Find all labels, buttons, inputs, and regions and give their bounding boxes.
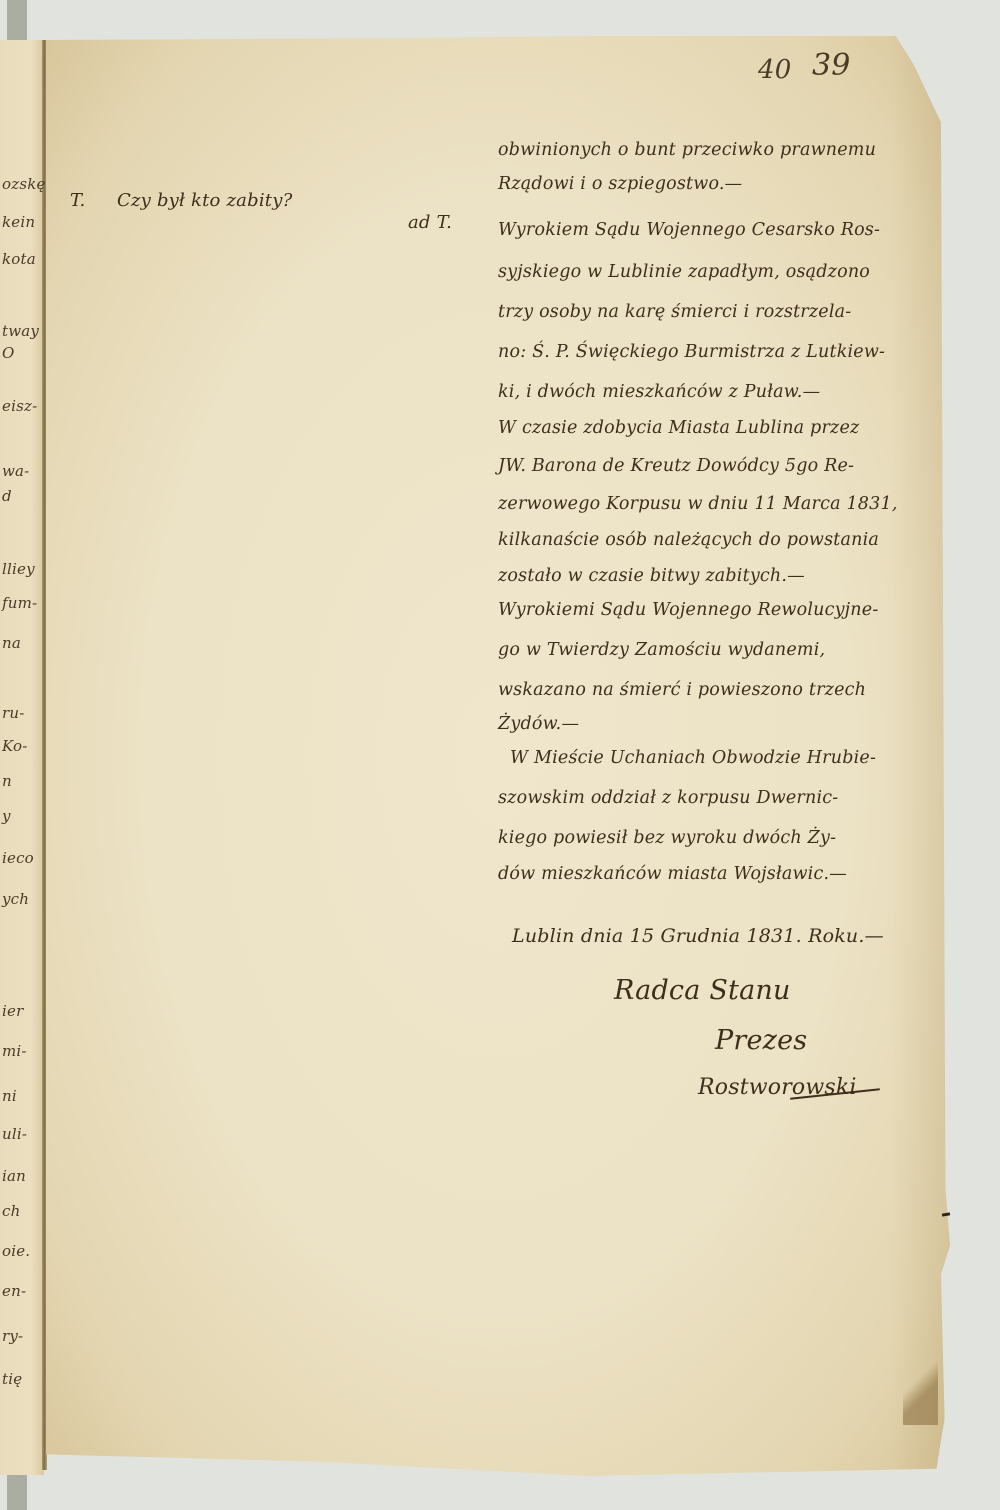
body-line: szowskim oddział z korpusu Dwernic-: [498, 788, 838, 808]
answer-marker: ad T.: [408, 212, 452, 233]
fragment: ru-: [2, 704, 25, 722]
fragment: fum-: [2, 594, 37, 612]
fragment: uli-: [2, 1125, 27, 1143]
binding-strip-top: [7, 0, 27, 45]
body-line: kilkanaście osób należących do powstania: [498, 530, 879, 550]
fragment: n: [2, 772, 12, 790]
fragment: Ko-: [2, 737, 28, 755]
fragment: tway: [2, 322, 39, 340]
fragment: ieco: [2, 849, 34, 867]
fragment: ozskę: [2, 175, 46, 193]
fragment: wa-: [2, 462, 29, 480]
body-line: Żydów.—: [498, 714, 579, 734]
fragment: ier: [2, 1002, 23, 1020]
fragment: kein: [2, 213, 35, 231]
body-line: dów mieszkańców miasta Wojsławic.—: [498, 864, 847, 884]
body-line: Rządowi i o szpiegostwo.—: [498, 174, 742, 194]
fragment: mi-: [2, 1042, 27, 1060]
body-line: syjskiego w Lublinie zapadłym, osądzono: [498, 262, 870, 282]
fragment: ry-: [2, 1327, 23, 1345]
binding-strip-bottom: [7, 1470, 27, 1510]
fragment: y: [2, 807, 11, 825]
fragment: ych: [2, 890, 29, 908]
body-line: obwinionych o bunt przeciwko prawnemu: [498, 140, 876, 160]
body-line: go w Twierdzy Zamościu wydanemi,: [498, 640, 825, 660]
fragment: na: [2, 634, 21, 652]
folio-number-old: 40: [758, 55, 791, 85]
fragment: ni: [2, 1087, 17, 1105]
fragment: ch: [2, 1202, 20, 1220]
place-date: Lublin dnia 15 Grudnia 1831. Roku.—: [512, 925, 884, 947]
question-text: Czy był kto zabity?: [117, 190, 292, 211]
fragment: tię: [2, 1370, 22, 1388]
question-marker: T.: [70, 190, 85, 211]
corner-stain: [903, 1350, 938, 1425]
fragment: oie.: [2, 1242, 30, 1260]
body-line: JW. Barona de Kreutz Dowódcy 5go Re-: [498, 456, 854, 476]
body-line: ki, i dwóch mieszkańców z Puław.—: [498, 382, 820, 402]
fragment: ian: [2, 1167, 26, 1185]
signatory-title: Radca Stanu: [614, 975, 791, 1006]
fragment: en-: [2, 1282, 26, 1300]
body-line: W Mieście Uchaniach Obwodzie Hrubie-: [510, 748, 876, 768]
body-line: no: Ś. P. Święckiego Burmistrza z Lutkie…: [498, 342, 885, 362]
fragment: d: [2, 487, 12, 505]
body-line: wskazano na śmierć i powieszono trzech: [498, 680, 866, 700]
signatory-office: Prezes: [715, 1025, 807, 1056]
folio-number: 39: [812, 48, 851, 83]
signature: Rostworowski: [698, 1075, 857, 1100]
body-line: kiego powiesił bez wyroku dwóch Ży-: [498, 828, 836, 848]
body-line: zerwowego Korpusu w dniu 11 Marca 1831,: [498, 494, 898, 514]
body-line: Wyrokiemi Sądu Wojennego Rewolucyjne-: [498, 600, 878, 620]
fragment: kota: [2, 250, 36, 268]
fragment: eisz-: [2, 397, 37, 415]
fragment: O: [2, 344, 15, 362]
body-line: zostało w czasie bitwy zabitych.—: [498, 566, 805, 586]
fragment: lliey: [2, 560, 35, 578]
body-line: W czasie zdobycia Miasta Lublina przez: [498, 418, 859, 438]
body-line: Wyrokiem Sądu Wojennego Cesarsko Ros-: [498, 220, 880, 240]
body-line: trzy osoby na karę śmierci i rozstrzela-: [498, 302, 851, 322]
